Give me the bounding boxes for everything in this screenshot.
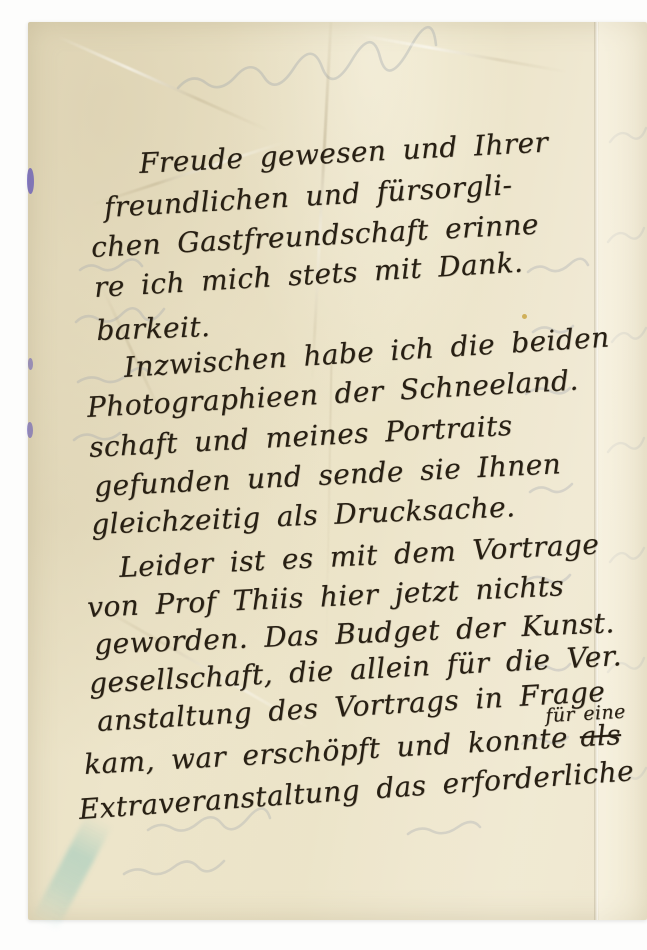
teal-pencil-streak: [31, 812, 112, 931]
letter-page: Freude gewesen und Ihrer freundlichen un…: [28, 22, 647, 920]
crumple-crease: [57, 35, 268, 131]
handwriting-line: barkeit.: [96, 311, 211, 347]
blue-ink-edge-mark: [27, 168, 34, 194]
paper-speck: [522, 314, 527, 319]
scan-background: Freude gewesen und Ihrer freundlichen un…: [0, 0, 647, 950]
crumple-crease: [359, 34, 566, 73]
inserted-word: für eine: [545, 702, 627, 728]
blue-ink-edge-mark: [28, 358, 33, 370]
blue-ink-edge-mark: [27, 422, 33, 438]
